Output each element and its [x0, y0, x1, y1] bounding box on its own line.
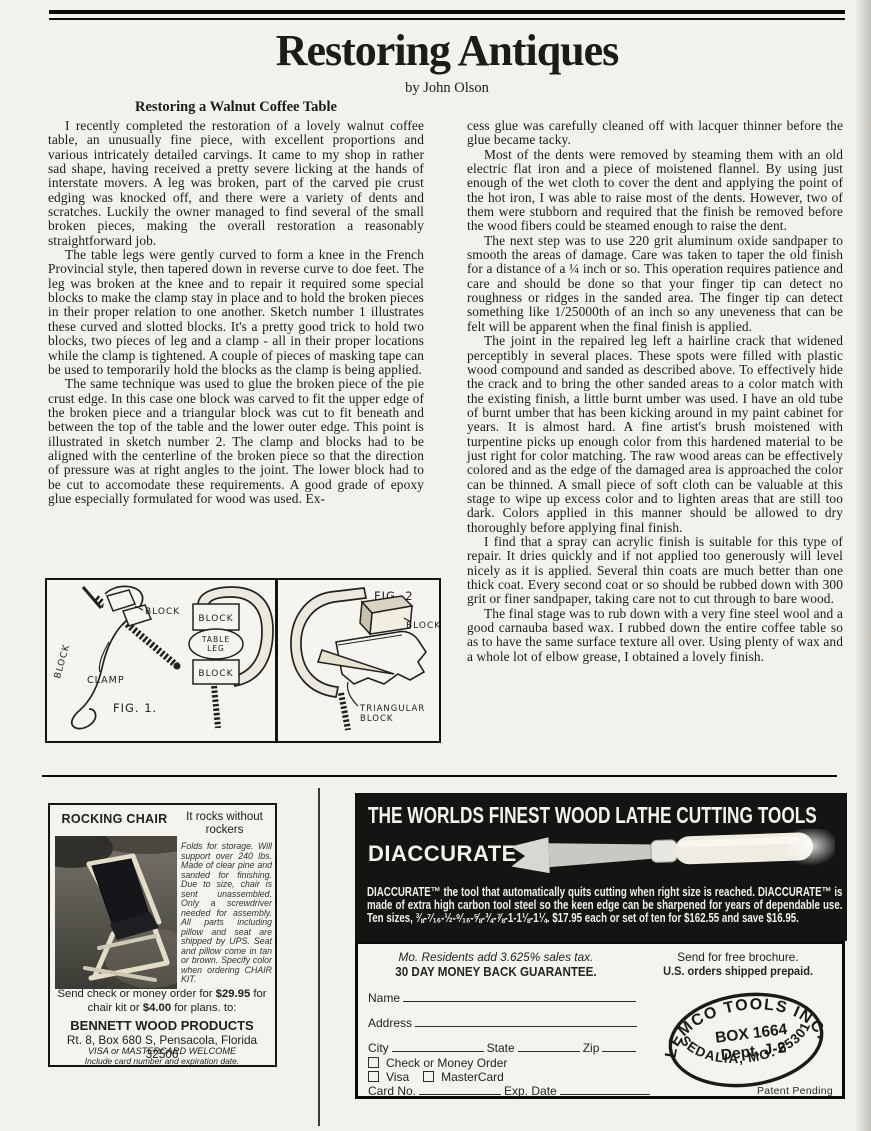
article-paragraph: Most of the dents were removed by steami…: [467, 148, 843, 234]
city-state-zip-field: CityStateZip: [368, 1040, 639, 1055]
fig1-sketch: BLOCK BLOCK CLAMP FIG. 1. BLOCK TABLE LE…: [47, 580, 275, 740]
order-text: for plans. to:: [171, 1002, 236, 1014]
article-paragraph: The final stage was to rub down with a v…: [467, 607, 843, 664]
name-field: Name: [368, 990, 639, 1005]
rocking-chair-photo: [55, 836, 177, 989]
top-rule-thin: [49, 18, 845, 20]
checkbox-icon: [368, 1071, 379, 1082]
fig1-table-label: TABLE: [201, 635, 230, 644]
article-left-column: I recently completed the restoration of …: [48, 119, 424, 506]
form-notes-row: Mo. Residents add 3.625% sales tax. Send…: [358, 950, 842, 964]
checkbox-icon: [423, 1071, 434, 1082]
article-paragraph: I recently completed the restoration of …: [48, 119, 424, 248]
fig1-leg-label: LEG: [207, 644, 225, 653]
card-no-label: Card No.: [368, 1084, 416, 1098]
fig2-triangular-label-2: BLOCK: [360, 714, 393, 724]
fig1-block-side-label: BLOCK: [53, 643, 72, 680]
lathe-tool-photo: [503, 829, 835, 873]
ad-column-divider: [318, 788, 320, 1126]
guarantee-text: 30 DAY MONEY BACK GUARANTEE.: [369, 965, 623, 979]
figure-box: BLOCK BLOCK CLAMP FIG. 1. BLOCK TABLE LE…: [45, 578, 441, 743]
magazine-page: Restoring Antiques by John Olson Restori…: [0, 0, 871, 1131]
sales-tax-note: Mo. Residents add 3.625% sales tax.: [358, 950, 634, 964]
table-edge-sketch: [336, 631, 426, 684]
page-title: Restoring Antiques: [49, 27, 845, 75]
fig1-clamp-label: CLAMP: [87, 675, 125, 686]
state-label: State: [487, 1041, 515, 1055]
checkbox-icon: [368, 1057, 379, 1068]
section-divider-rule: [42, 775, 837, 777]
rocking-chair-headline: ROCKING CHAIR: [53, 812, 176, 826]
zip-input-line: [602, 1040, 636, 1052]
top-rule-thick: [49, 10, 845, 14]
address-field: Address: [368, 1015, 640, 1030]
article-heading: Restoring a Walnut Coffee Table: [48, 99, 424, 116]
card-no-input-line: [419, 1083, 501, 1095]
rocking-chair-cards-line: VISA or MASTERCARD WELCOME: [50, 1046, 274, 1056]
fig1-stack-bottom-label: BLOCK: [198, 669, 233, 679]
article-right-column: cess glue was carefully cleaned off with…: [467, 119, 843, 664]
exp-date-label: Exp. Date: [504, 1084, 557, 1098]
rocking-chair-ad: ROCKING CHAIR It rocks without rockers: [48, 803, 277, 1067]
exp-date-input-line: [560, 1083, 650, 1095]
tool-ferrule: [651, 840, 678, 863]
diaccurate-order-form: Mo. Residents add 3.625% sales tax. Send…: [355, 941, 845, 1099]
card-option-row: VisaMasterCard: [368, 1070, 504, 1084]
form-guarantee-row: 30 DAY MONEY BACK GUARANTEE. U.S. orders…: [358, 965, 842, 979]
article-paragraph: cess glue was carefully cleaned off with…: [467, 119, 843, 148]
fig1-stack-top-label: BLOCK: [198, 614, 233, 624]
label-leader: [347, 682, 358, 706]
name-input-line: [403, 990, 636, 1002]
photo-glow: [782, 829, 835, 867]
article-paragraph: The next step was to use 220 grit alumin…: [467, 234, 843, 334]
fig1-caption: FIG. 1.: [113, 701, 157, 715]
lemco-stamp: LEMCO TOOLS INC. BOX 1664 Dept. J-2 SEDA…: [664, 990, 828, 1091]
fig1-block-label: BLOCK: [145, 607, 180, 617]
brochure-note: Send for free brochure.: [634, 950, 842, 964]
payment-option-row: Check or Money Order: [368, 1056, 507, 1070]
fig2-triangular-label-1: TRIANGULAR: [359, 704, 425, 714]
address-label: Address: [368, 1016, 412, 1030]
diaccurate-banner-ad: THE WORLDS FINEST WOOD LATHE CUTTING TOO…: [355, 793, 847, 941]
patent-pending-text: Patent Pending: [757, 1085, 833, 1097]
brand-text: DIACCURATE: [368, 841, 517, 866]
city-label: City: [368, 1041, 389, 1055]
rocking-chair-body-text: Folds for storage. Will support over 240…: [181, 842, 272, 985]
article-paragraph: The table legs were gently curved to for…: [48, 248, 424, 377]
clamp-tip-sketch: [174, 663, 181, 670]
diaccurate-headline: THE WORLDS FINEST WOOD LATHE CUTTING TOO…: [368, 802, 817, 829]
order-text: Send check or money order for: [57, 988, 215, 1000]
article-paragraph: The joint in the repaired leg left a hai…: [467, 334, 843, 535]
tool-blade: [549, 839, 656, 867]
fig2-block-label: BLOCK: [406, 621, 440, 631]
state-input-line: [518, 1040, 580, 1052]
diaccurate-body-text: DIACCURATE™ the tool that automatically …: [367, 885, 842, 925]
prepaid-text: U.S. orders shipped prepaid.: [639, 965, 837, 979]
name-label: Name: [368, 991, 400, 1005]
clamp-screw-sketch: [341, 693, 348, 730]
lathe-tool: [510, 829, 835, 873]
plans-price: $4.00: [143, 1002, 171, 1014]
byline: by John Olson: [49, 80, 845, 97]
card-number-field: Card No.Exp. Date: [368, 1083, 653, 1098]
address-input-line: [415, 1015, 637, 1027]
article-paragraph: I find that a spray can acrylic finish i…: [467, 535, 843, 607]
city-input-line: [392, 1040, 484, 1052]
kit-price: $29.95: [216, 988, 251, 1000]
rocking-chair-company: BENNETT WOOD PRODUCTS: [50, 1018, 274, 1033]
check-money-order-label: Check or Money Order: [386, 1056, 507, 1070]
clamp-screw-sketch: [214, 686, 218, 728]
rocking-chair-order-text: Send check or money order for $29.95 for…: [52, 988, 272, 1015]
visa-label: Visa: [386, 1070, 409, 1084]
scan-edge-shadow: [855, 0, 871, 1131]
rocking-chair-subhead: It rocks without rockers: [177, 811, 272, 836]
article-paragraph: The same technique was used to glue the …: [48, 377, 424, 506]
zip-label: Zip: [583, 1041, 600, 1055]
tool-blade-tip: [510, 837, 549, 873]
mastercard-label: MasterCard: [441, 1070, 504, 1084]
fig2-sketch: FIG. 2 BLOCK TRIANGULAR BLOCK: [278, 580, 440, 740]
rocking-chair-cards-note: Include card number and expiration date.: [50, 1056, 274, 1066]
